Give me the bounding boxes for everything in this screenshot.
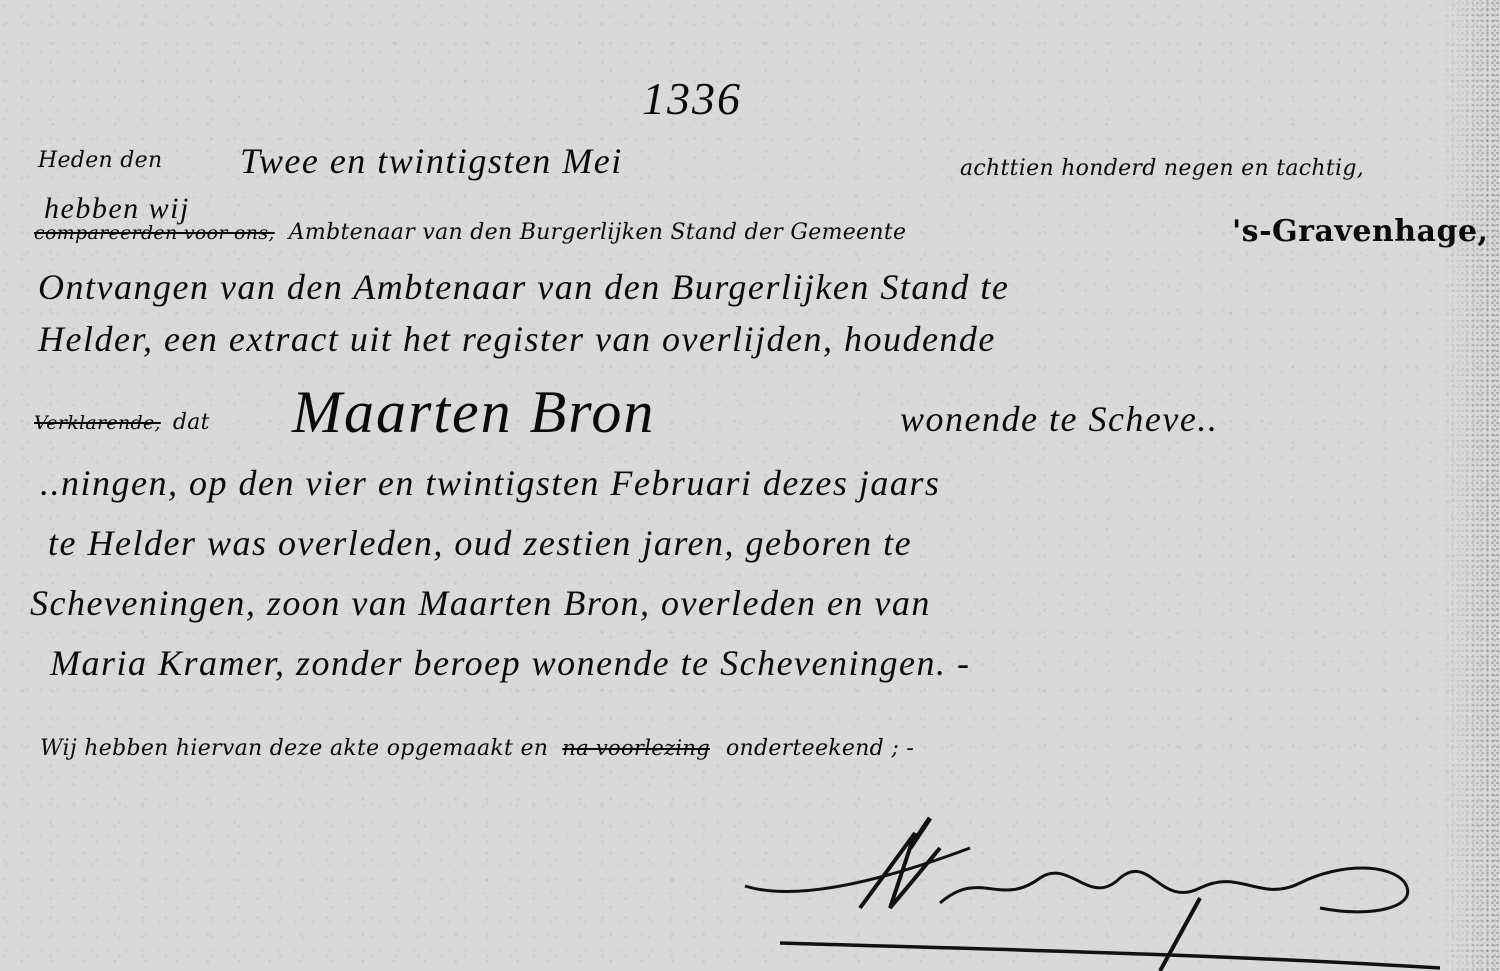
- printed-gemeente-name: 's-Gravenhage,: [1232, 214, 1488, 249]
- struck-compareerden: compareerden voor ons,: [34, 222, 275, 244]
- handwritten-line-8: te Helder was overleden, oud zestien jar…: [48, 522, 912, 564]
- signature-flourish-icon: [740, 808, 1440, 971]
- handwritten-line-5: Helder, een extract uit het register van…: [38, 318, 996, 360]
- line-3: compareerden voor ons, Ambtenaar van den…: [34, 220, 906, 245]
- printed-dat: dat: [173, 410, 210, 435]
- handwritten-line-7: ..ningen, op den vier en twintigsten Feb…: [40, 462, 940, 504]
- line-11: Wij hebben hiervan deze akte opgemaakt e…: [40, 736, 914, 761]
- struck-verklarende: Verklarende,: [34, 412, 161, 434]
- handwritten-line-10: Maria Kramer, zonder beroep wonende te S…: [50, 642, 970, 684]
- handwritten-line-4: Ontvangen van den Ambtenaar van den Burg…: [38, 266, 1009, 308]
- printed-year: achttien honderd negen en tachtig,: [960, 156, 1364, 181]
- handwritten-deceased-name: Maarten Bron: [292, 378, 655, 447]
- struck-na-voorlezing: na voorlezing: [562, 736, 710, 760]
- scan-edge-noise: [1440, 0, 1500, 971]
- printed-ambtenaar: Ambtenaar van den Burgerlijken Stand der…: [289, 220, 907, 245]
- printed-heden-den: Heden den: [38, 148, 162, 173]
- line-6: Verklarende, dat: [34, 410, 210, 435]
- record-number: 1336: [642, 72, 742, 125]
- handwritten-date: Twee en twintigsten Mei: [240, 140, 623, 182]
- printed-onderteekend: onderteekend ; -: [726, 736, 914, 761]
- handwritten-residence: wonende te Scheve..: [900, 398, 1218, 440]
- handwritten-line-9: Scheveningen, zoon van Maarten Bron, ove…: [30, 582, 931, 624]
- printed-wij-hebben: Wij hebben hiervan deze akte opgemaakt e…: [40, 736, 548, 761]
- signature: W. Wetselaar Hoogland: [740, 808, 1440, 971]
- line-1: Heden den: [38, 148, 162, 173]
